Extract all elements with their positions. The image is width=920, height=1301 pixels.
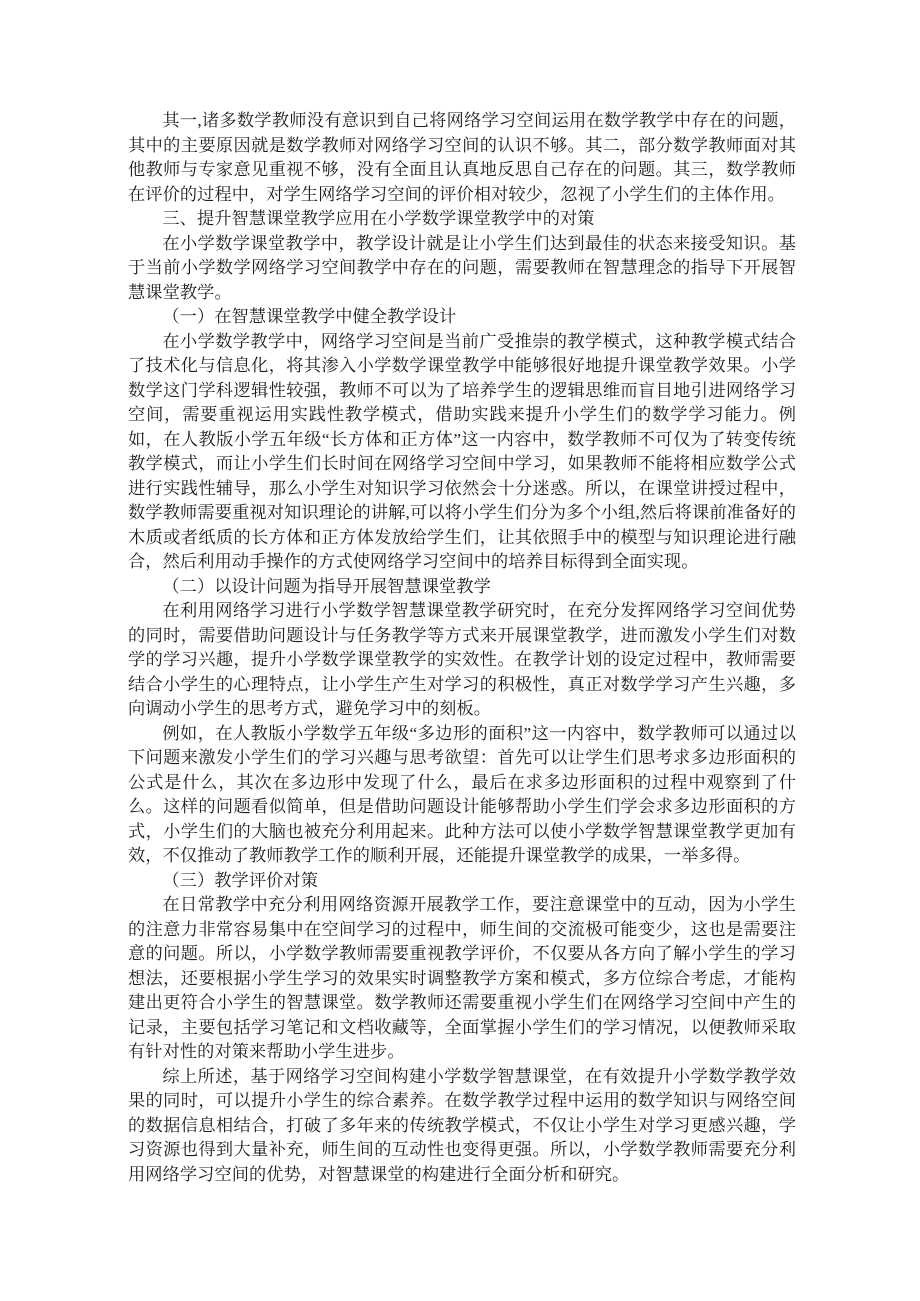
heading-subsection-one: （一）在智慧课堂教学中健全教学设计 [128,305,796,330]
paragraph-problem-guided-teaching: 在利用网络学习进行小学数学智慧课堂教学研究时，在充分发挥网络学习空间优势的同时，… [128,599,796,722]
paragraph-problem-causes: 其一,诸多数学教师没有意识到自己将网络学习空间运用在数学教学中存在的问题，其中的… [128,109,796,207]
paragraph-conclusion: 综上所述，基于网络学习空间构建小学数学智慧课堂，在有效提升小学数学教学效果的同时… [128,1065,796,1188]
paragraph-teaching-evaluation: 在日常教学中充分利用网络资源开展教学工作，要注意课堂中的互动，因为小学生的注意力… [128,893,796,1065]
heading-subsection-two: （二）以设计问题为指导开展智慧课堂教学 [128,575,796,600]
paragraph-teaching-design: 在小学数学教学中，网络学习空间是当前广受推崇的教学模式，这种教学模式结合了技术化… [128,330,796,575]
heading-section-three: 三、提升智慧课堂教学应用在小学数学课堂教学中的对策 [128,207,796,232]
paragraph-section-three-intro: 在小学数学课堂教学中，教学设计就是让小学生们达到最佳的状态来接受知识。基于当前小… [128,232,796,306]
document-page: 其一,诸多数学教师没有意识到自己将网络学习空间运用在数学教学中存在的问题，其中的… [0,0,920,1301]
document-body: 其一,诸多数学教师没有意识到自己将网络学习空间运用在数学教学中存在的问题，其中的… [128,109,796,1187]
paragraph-polygon-area-example: 例如，在人教版小学数学五年级“多边形的面积”这一内容中，数学教师可以通过以下问题… [128,722,796,869]
heading-subsection-three: （三）教学评价对策 [128,869,796,894]
